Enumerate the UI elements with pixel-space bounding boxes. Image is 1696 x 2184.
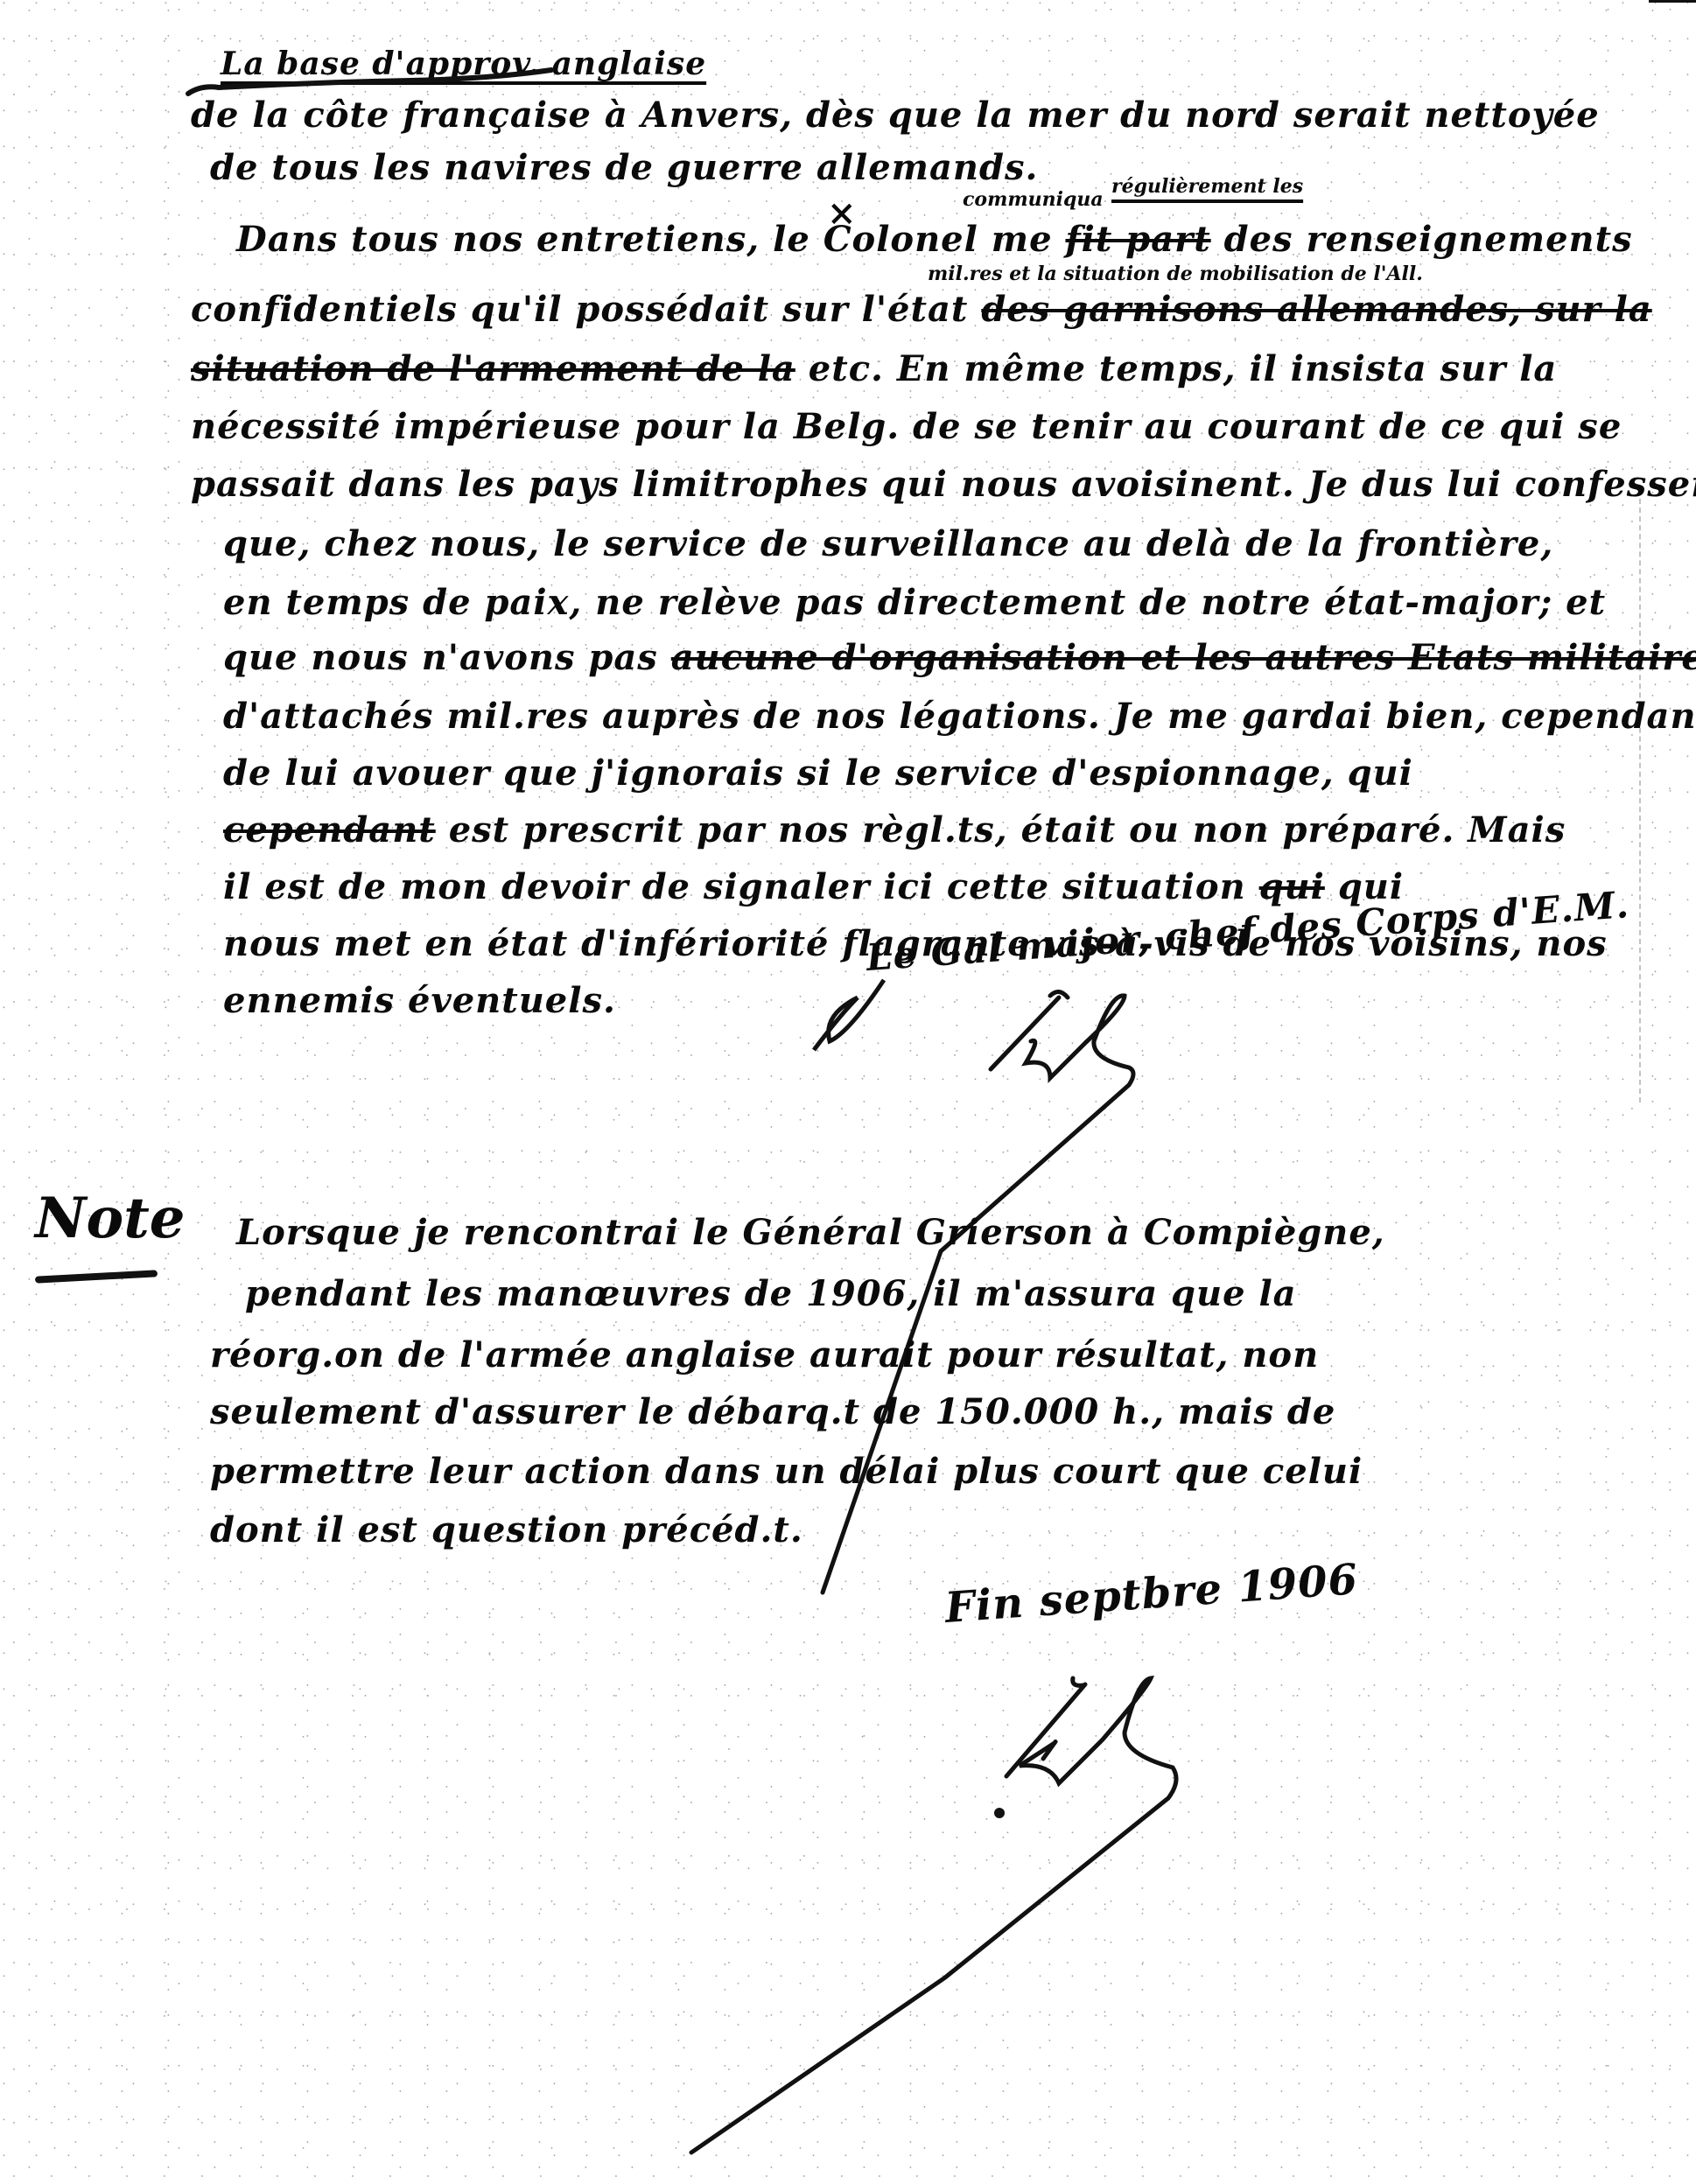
note-line-1: Lorsque je rencontrai le Général Grierso… [236, 1212, 1385, 1253]
note-line-5: permettre leur action dans un délai plus… [210, 1451, 1363, 1492]
heading-bracket-stroke [184, 63, 578, 98]
paragraph-2-line-4: nécessité impérieuse pour la Belg. de se… [191, 406, 1622, 447]
interlinear-insertion-2: régulièrement les [1111, 175, 1303, 198]
note-line-6: dont il est question précéd.t. [210, 1509, 803, 1550]
paragraph-2-line-2: confidentiels qu'il possédait sur l'état… [191, 289, 1652, 330]
interlinear-insertion-1: communiqua [963, 188, 1104, 211]
paragraph-2-line-10: de lui avouer que j'ignorais si le servi… [223, 752, 1413, 794]
note-label: Note [35, 1186, 185, 1251]
note-line-2: pendant les manœuvres de 1906, il m'assu… [245, 1273, 1297, 1314]
note-line-3: réorg.on de l'armée anglaise aurait pour… [210, 1334, 1319, 1375]
paragraph-2-line-6: que, chez nous, le service de surveillan… [223, 523, 1553, 564]
paragraph-2-line-5: passait dans les pays limitrophes qui no… [191, 464, 1696, 505]
page-corner-mark [1649, 0, 1696, 3]
note-underline [35, 1270, 158, 1283]
paragraph-2-line-12: il est de mon devoir de signaler ici cet… [223, 866, 1404, 907]
note-line-4: seulement d'assurer le débarq.t de 150.0… [210, 1391, 1335, 1432]
interlinear-insertion-3: mil.res et la situation de mobilisation … [928, 262, 1423, 285]
document-page: La base d'approv. anglaise de la côte fr… [0, 0, 1696, 2184]
paragraph-2-line-14: ennemis éventuels. [223, 980, 616, 1021]
paragraph-2-line-3: situation de l'armement de la etc. En mê… [191, 348, 1557, 389]
paragraph-2-line-1: Dans tous nos entretiens, le Colonel me … [236, 219, 1633, 260]
paragraph-1-line-1: de la côte française à Anvers, dès que l… [191, 94, 1600, 136]
paragraph-2-line-9: d'attachés mil.res auprès de nos légatio… [223, 696, 1696, 737]
paragraph-2-line-7: en temps de paix, ne relève pas directem… [223, 582, 1606, 623]
page-edge-line [1639, 490, 1642, 1102]
signature-2-icon [683, 1662, 1208, 2152]
paragraph-2-line-8: que nous n'avons pas aucune d'organisati… [223, 637, 1696, 678]
paragraph-2-line-11: cependant est prescrit par nos règl.ts, … [223, 809, 1566, 850]
paragraph-1-line-2: de tous les navires de guerre allemands. [210, 147, 1038, 188]
